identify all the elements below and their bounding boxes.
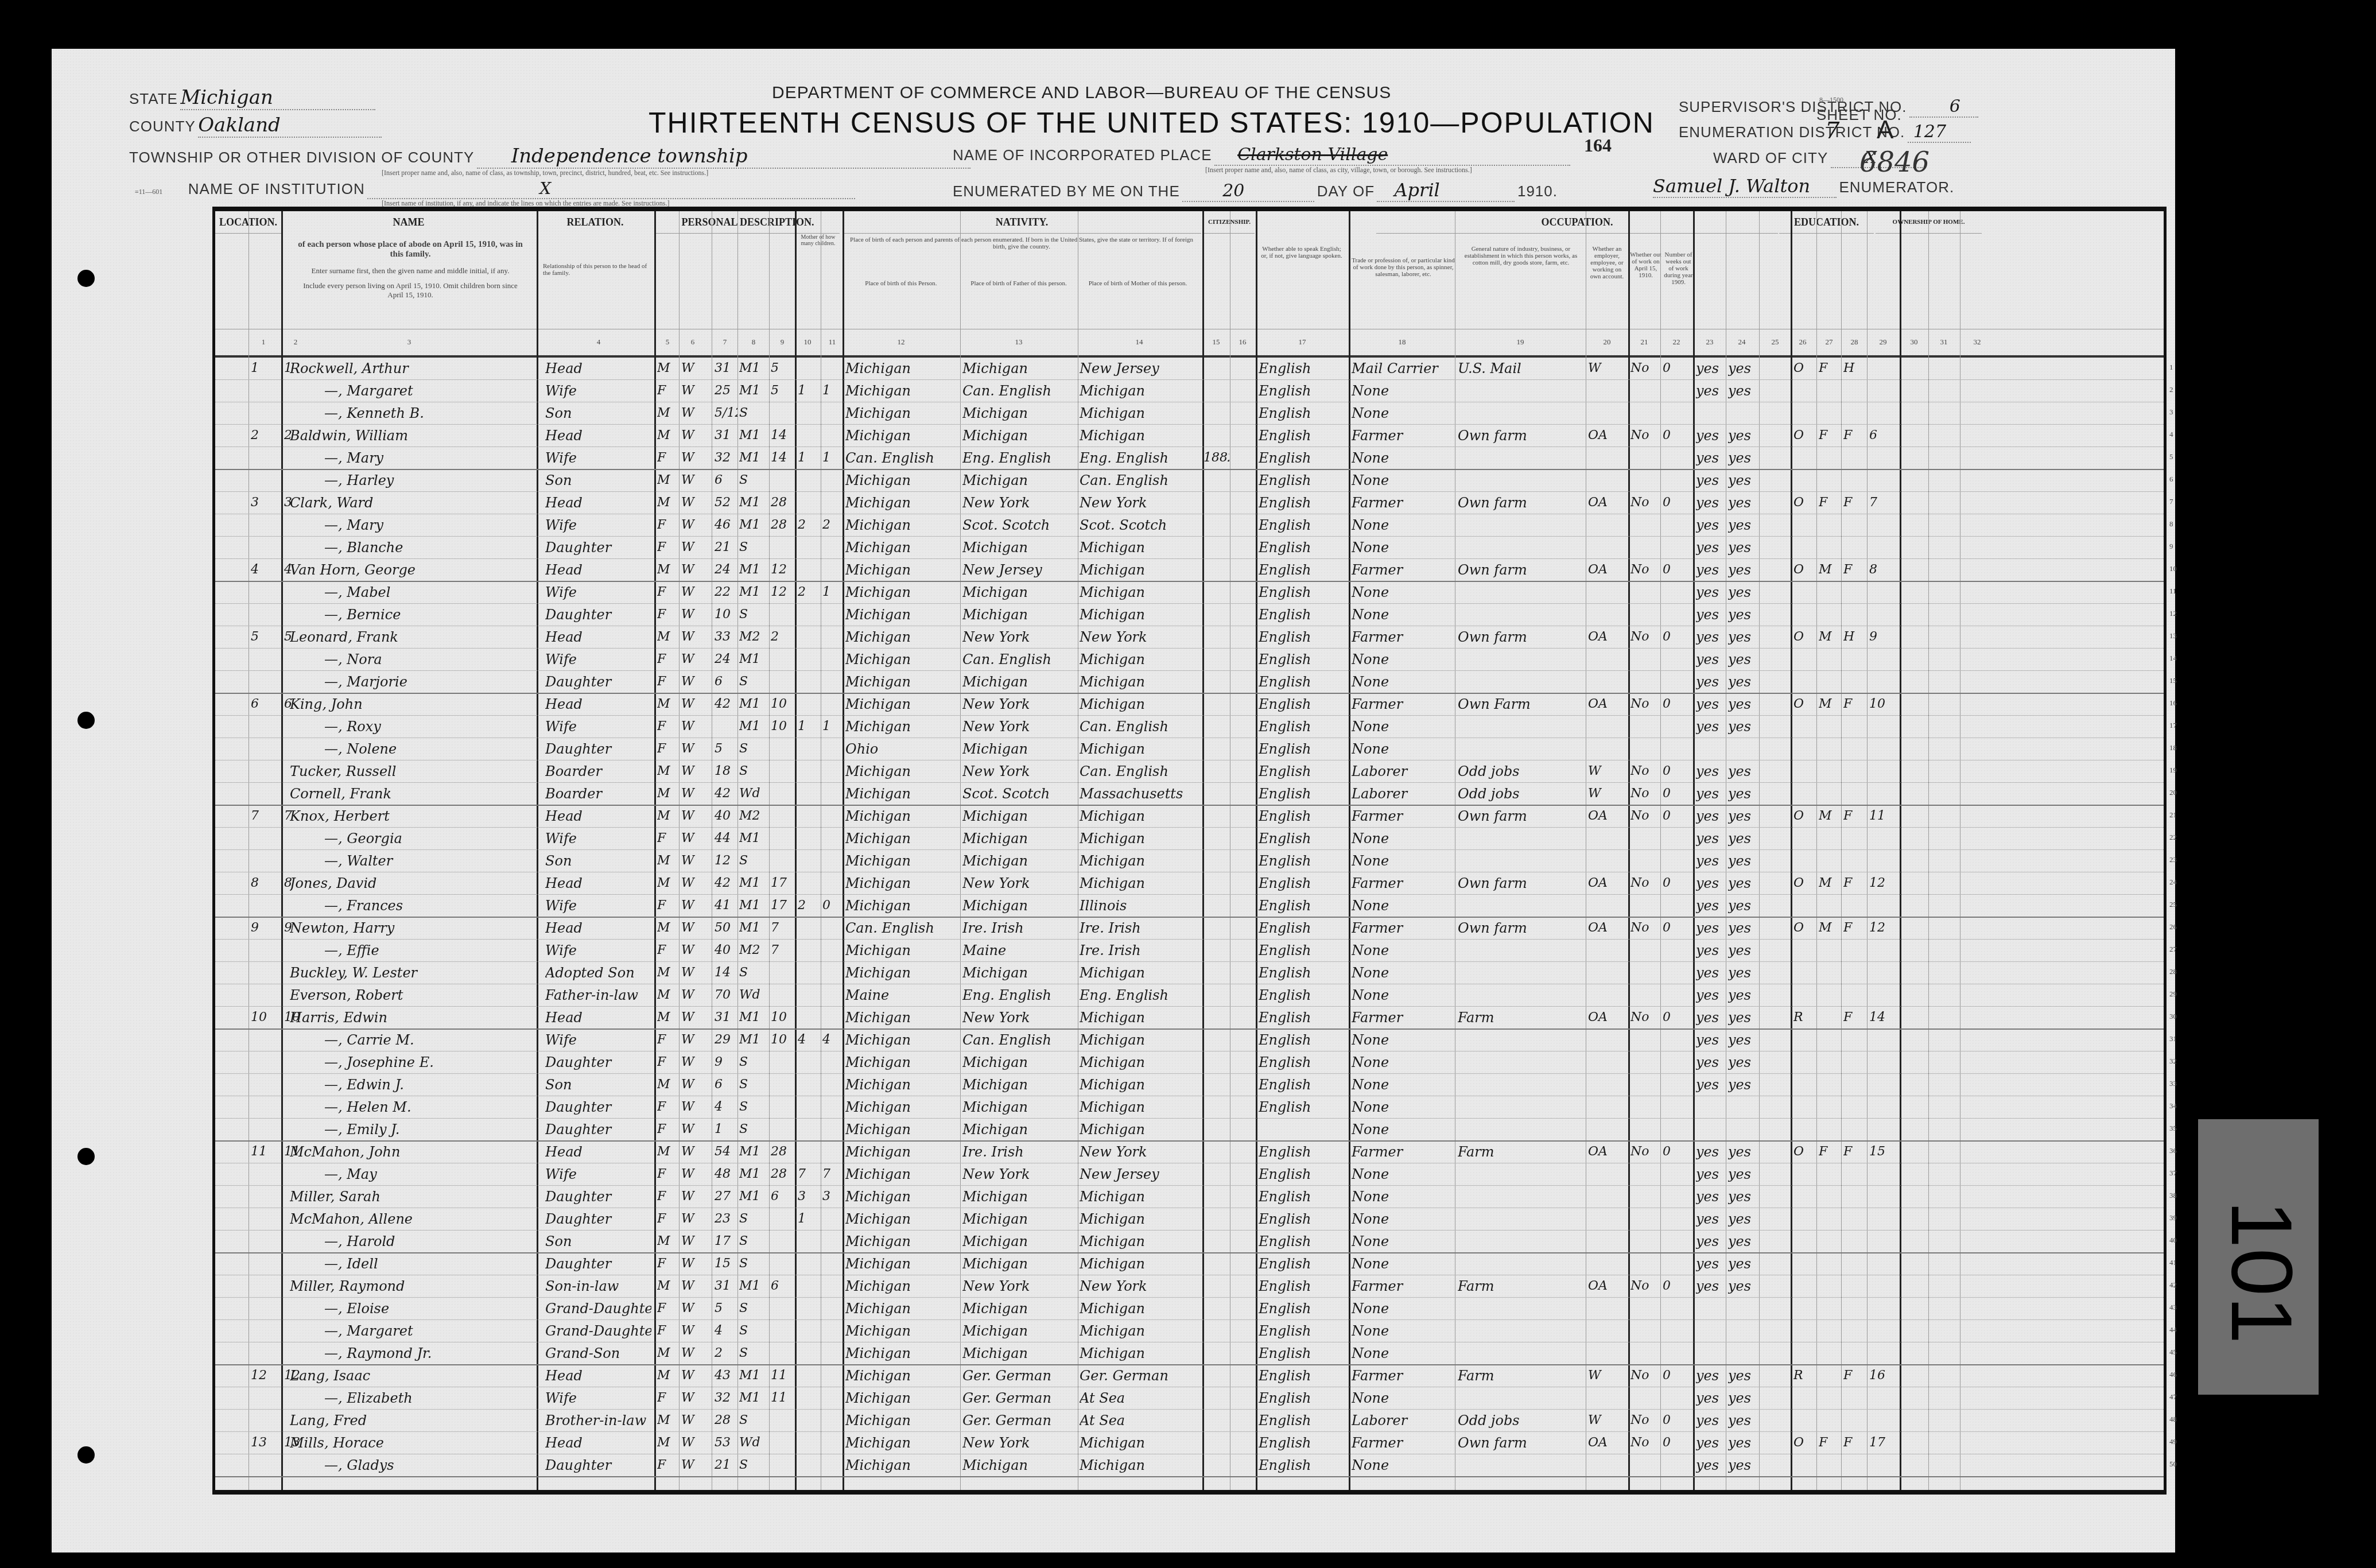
cell-sex: F (657, 828, 678, 849)
cell-read: yes (1696, 985, 1725, 1006)
cell-owned (1793, 1074, 1815, 1095)
cell-sex: M (657, 806, 678, 826)
cell-industry: Own farm (1458, 560, 1584, 580)
cell-name: Van Horn, George (290, 560, 537, 580)
cell-marital: S (739, 851, 768, 871)
cell-free (1819, 1321, 1839, 1341)
cell-write: yes (1728, 1030, 1758, 1050)
cell-marital: Wd (739, 985, 768, 1006)
incorporated-place-value: Clarkston Village (1237, 145, 1388, 165)
table-row: —, MargaretWifeFW25M1511MichiganCan. Eng… (215, 379, 2164, 402)
cell-read: yes (1696, 672, 1725, 692)
cell-sex: F (657, 1321, 678, 1341)
table-row: —, RoxyWifeFWM11011MichiganNew YorkCan. … (215, 715, 2164, 738)
cell-birth: Michigan (845, 1097, 957, 1117)
cell-out: No (1630, 918, 1659, 938)
cell-free (1819, 962, 1839, 983)
cell-age: 12 (715, 851, 737, 871)
cell-write (1728, 1343, 1758, 1364)
cell-years-married: 6 (771, 1186, 794, 1207)
cell-lang: English (1259, 873, 1348, 894)
line-number: 5 (2169, 452, 2173, 461)
cell-years-married: 17 (771, 873, 794, 894)
cell-mother: Massachusetts (1080, 783, 1200, 804)
table-row: —, MarjorieDaughterFW6SMichiganMichiganM… (215, 670, 2164, 694)
cell-born: 1 (798, 716, 818, 737)
cell-living: 4 (822, 1030, 841, 1050)
cell-trade: Farmer (1352, 873, 1454, 894)
cell-sex: F (657, 716, 678, 737)
cell-born (798, 358, 818, 379)
cell-emp (1588, 1097, 1627, 1117)
cell-race: W (681, 358, 704, 379)
cell-owned (1793, 403, 1815, 424)
cell-age: 29 (715, 1030, 737, 1050)
cell-age: 32 (715, 1388, 737, 1408)
cell-emp (1588, 649, 1627, 670)
cell-father: Michigan (962, 962, 1076, 983)
cell-weeks: 0 (1663, 1410, 1691, 1431)
cell-birth: Michigan (845, 604, 957, 625)
cell-farm (1843, 381, 1865, 401)
line-number: 38 (2169, 1191, 2177, 1200)
cell-birth: Michigan (845, 1433, 957, 1453)
cell-years-married (771, 851, 794, 871)
cell-owned (1793, 962, 1815, 983)
cell-name: —, Mary (290, 448, 571, 468)
cell-write (1728, 1298, 1758, 1319)
cell-free (1819, 448, 1839, 468)
cell-weeks (1663, 1030, 1691, 1050)
cell-marital: S (739, 1231, 768, 1252)
cell-industry (1458, 1164, 1584, 1185)
cell-trade: None (1352, 470, 1454, 491)
cell-out (1630, 1231, 1659, 1252)
cell-industry: Own farm (1458, 492, 1584, 513)
cell-mother: New York (1080, 1142, 1200, 1162)
cell-name: —, Elizabeth (290, 1388, 571, 1408)
cell-trade: None (1352, 1164, 1454, 1185)
cell-dwelling (251, 985, 279, 1006)
cell-emp: OA (1588, 492, 1627, 513)
supervisor-district-value: 6 (1950, 96, 1960, 117)
table-row: 1010Harris, EdwinHeadMW31M110MichiganNew… (215, 1006, 2164, 1030)
cell-lang: English (1259, 1365, 1348, 1386)
cell-write (1728, 403, 1758, 424)
cell-lang: English (1259, 895, 1348, 916)
cell-mother: Michigan (1080, 828, 1200, 849)
table-row: —, BlancheDaughterFW21SMichiganMichiganM… (215, 536, 2164, 559)
cell-years-married (771, 985, 794, 1006)
cell-out (1630, 1186, 1659, 1207)
cell-trade: None (1352, 1097, 1454, 1117)
cell-lang: English (1259, 425, 1348, 446)
cell-free (1819, 672, 1839, 692)
cell-read: yes (1696, 851, 1725, 871)
cell-sched: 12 (1869, 918, 1898, 938)
cell-race: W (681, 381, 704, 401)
cell-farm: F (1843, 918, 1865, 938)
cell-dwelling: 6 (251, 694, 279, 715)
cell-sched: 8 (1869, 560, 1898, 580)
cell-born (798, 627, 818, 647)
cell-farm (1843, 470, 1865, 491)
cell-father: Ire. Irish (962, 918, 1076, 938)
cell-name: Newton, Harry (290, 918, 537, 938)
cell-trade: Farmer (1352, 806, 1454, 826)
cell-free (1819, 940, 1839, 961)
cell-weeks (1663, 739, 1691, 759)
cell-trade: Laborer (1352, 783, 1454, 804)
cell-relation: Wife (545, 716, 651, 737)
cell-years-married: 17 (771, 895, 794, 916)
cell-marital: M1 (739, 560, 768, 580)
cell-birth: Michigan (845, 873, 957, 894)
cell-mother: Ire. Irish (1080, 918, 1200, 938)
cell-dwelling (251, 739, 279, 759)
group-nativity: NATIVITY. (843, 211, 1201, 234)
cell-sex: M (657, 1410, 678, 1431)
cell-immig (1203, 761, 1229, 782)
cell-age: 42 (715, 783, 737, 804)
cell-immig (1203, 739, 1229, 759)
cell-free (1819, 403, 1839, 424)
cell-years-married: 7 (771, 940, 794, 961)
cell-immig (1203, 1164, 1229, 1185)
cell-lang: English (1259, 1410, 1348, 1431)
column-number: 27 (1823, 337, 1835, 347)
punch-hole (77, 1148, 95, 1165)
cell-sched (1869, 1231, 1898, 1252)
cell-years-married: 12 (771, 560, 794, 580)
cell-age: 23 (715, 1209, 737, 1229)
cell-free (1819, 1052, 1839, 1073)
cell-father: Scot. Scotch (962, 515, 1076, 535)
cell-marital: S (739, 1119, 768, 1140)
cell-write: yes (1728, 1433, 1758, 1453)
cell-free (1819, 537, 1839, 558)
cell-mother: Michigan (1080, 1231, 1200, 1252)
cell-write: yes (1728, 806, 1758, 826)
cell-years-married: 11 (771, 1365, 794, 1386)
cell-dwelling: 1 (251, 358, 279, 379)
cell-free (1819, 1298, 1839, 1319)
cell-years-married: 7 (771, 918, 794, 938)
cell-living: 0 (822, 895, 841, 916)
cell-emp (1588, 381, 1627, 401)
enumerated-month: April (1394, 179, 1439, 201)
cell-write: yes (1728, 1007, 1758, 1028)
cell-free (1819, 649, 1839, 670)
cell-weeks (1663, 1231, 1691, 1252)
cell-free (1819, 1343, 1839, 1364)
line-number: 18 (2169, 743, 2177, 752)
cell-mother: Scot. Scotch (1080, 515, 1200, 535)
line-number: 42 (2169, 1280, 2177, 1290)
group-citizenship: CITIZENSHIP. (1204, 211, 1255, 234)
cell-out (1630, 1097, 1659, 1117)
table-row: —, MabelWifeFW22M11221MichiganMichiganMi… (215, 581, 2164, 604)
cell-immig (1203, 1209, 1229, 1229)
cell-weeks: 0 (1663, 627, 1691, 647)
cell-birth: Michigan (845, 1298, 957, 1319)
table-row: —, WalterSonMW12SMichiganMichiganMichiga… (215, 849, 2164, 872)
cell-weeks: 0 (1663, 918, 1691, 938)
cell-free: F (1819, 1433, 1839, 1453)
cell-weeks (1663, 1298, 1691, 1319)
township-hint: [Insert proper name and, also, name of c… (382, 169, 970, 177)
cell-free: M (1819, 873, 1839, 894)
table-row: McMahon, AlleneDaughterFW23S1MichiganMic… (215, 1208, 2164, 1231)
cell-living (822, 627, 841, 647)
cell-sched (1869, 1298, 1898, 1319)
cell-dwelling: 12 (251, 1365, 279, 1386)
cell-age: 24 (715, 649, 737, 670)
cell-read: yes (1696, 1052, 1725, 1073)
cell-age: 50 (715, 918, 737, 938)
cell-mother: Michigan (1080, 1298, 1200, 1319)
cell-living (822, 806, 841, 826)
cell-lang: English (1259, 1231, 1348, 1252)
cell-race: W (681, 1298, 704, 1319)
column-number: 30 (1908, 337, 1920, 347)
cell-years-married: 28 (771, 1164, 794, 1185)
cell-living (822, 1119, 841, 1140)
cell-relation: Wife (545, 895, 651, 916)
cell-sex: F (657, 1052, 678, 1073)
cell-living (822, 1455, 841, 1476)
cell-trade: None (1352, 1343, 1454, 1364)
cell-read: yes (1696, 716, 1725, 737)
cell-write: yes (1728, 783, 1758, 804)
cell-years-married: 10 (771, 716, 794, 737)
cell-born (798, 1119, 818, 1140)
cell-sex: M (657, 1433, 678, 1453)
nativity-header: Place of birth of each person and parent… (844, 236, 1199, 259)
cell-sex: M (657, 694, 678, 715)
cell-emp (1588, 828, 1627, 849)
cell-father: New York (962, 694, 1076, 715)
cell-born (798, 1455, 818, 1476)
cell-relation: Daughter (545, 1253, 651, 1274)
cell-age: 6 (715, 470, 737, 491)
cell-birth: Can. English (845, 918, 957, 938)
column-number: 24 (1736, 337, 1748, 347)
cell-father: New York (962, 1276, 1076, 1297)
cell-living (822, 560, 841, 580)
cell-owned (1793, 851, 1815, 871)
cell-father: Michigan (962, 582, 1076, 603)
cell-living (822, 1433, 841, 1453)
cell-dwelling (251, 1321, 279, 1341)
cell-father: Michigan (962, 851, 1076, 871)
cell-born (798, 962, 818, 983)
cell-birth: Michigan (845, 1343, 957, 1364)
table-row: —, EffieWifeFW40M27MichiganMaineIre. Iri… (215, 939, 2164, 962)
cell-born (798, 425, 818, 446)
cell-emp (1588, 672, 1627, 692)
cell-mother: Michigan (1080, 1007, 1200, 1028)
table-row: —, NoraWifeFW24M1MichiganCan. EnglishMic… (215, 648, 2164, 671)
cell-trade: Farmer (1352, 560, 1454, 580)
cell-sched (1869, 1209, 1898, 1229)
cell-dwelling (251, 582, 279, 603)
table-row: Miller, SarahDaughterFW27M1633MichiganMi… (215, 1185, 2164, 1208)
cell-sex: F (657, 582, 678, 603)
cell-born (798, 1276, 818, 1297)
line-number: 34 (2169, 1101, 2177, 1111)
cell-read (1696, 403, 1725, 424)
cell-race: W (681, 851, 704, 871)
cell-out: No (1630, 492, 1659, 513)
cell-industry (1458, 1074, 1584, 1095)
cell-sched (1869, 940, 1898, 961)
cell-father: Michigan (962, 1186, 1076, 1207)
cell-age: 27 (715, 1186, 737, 1207)
cell-years-married: 28 (771, 515, 794, 535)
cell-immig (1203, 1186, 1229, 1207)
cell-living: 1 (822, 448, 841, 468)
cell-dwelling: 8 (251, 873, 279, 894)
cell-living (822, 694, 841, 715)
cell-years-married (771, 1253, 794, 1274)
cell-mother: Michigan (1080, 1074, 1200, 1095)
cell-born (798, 537, 818, 558)
cell-age: 9 (715, 1052, 737, 1073)
cell-dwelling (251, 403, 279, 424)
cell-sched (1869, 381, 1898, 401)
cell-living (822, 985, 841, 1006)
cell-years-married: 5 (771, 358, 794, 379)
incorporated-place-field: NAME OF INCORPORATED PLACE Clarkston Vil… (953, 145, 1570, 174)
cell-dwelling (251, 761, 279, 782)
cell-emp (1588, 1388, 1627, 1408)
table-row: —, Josephine E.DaughterFW9SMichiganMichi… (215, 1051, 2164, 1074)
cell-relation: Head (545, 694, 651, 715)
cell-living (822, 1343, 841, 1364)
cell-free: F (1819, 1142, 1839, 1162)
cell-weeks: 0 (1663, 492, 1691, 513)
cell-father: Michigan (962, 403, 1076, 424)
cell-industry (1458, 1186, 1584, 1207)
cell-age: 31 (715, 1276, 737, 1297)
cell-marital: M1 (739, 1030, 768, 1050)
cell-write: yes (1728, 716, 1758, 737)
cell-father: Maine (962, 940, 1076, 961)
cell-years-married (771, 1433, 794, 1453)
cell-mother: Michigan (1080, 1343, 1200, 1364)
cell-father: Michigan (962, 1231, 1076, 1252)
cell-living: 2 (822, 515, 841, 535)
cell-lang: English (1259, 1186, 1348, 1207)
column-number: 26 (1797, 337, 1808, 347)
cell-sex: M (657, 962, 678, 983)
cell-mother: Michigan (1080, 604, 1200, 625)
cell-emp (1588, 1321, 1627, 1341)
cell-out: No (1630, 806, 1659, 826)
cell-name: —, Nora (290, 649, 571, 670)
cell-trade: None (1352, 940, 1454, 961)
cell-owned: O (1793, 492, 1815, 513)
cell-birth: Michigan (845, 425, 957, 446)
cell-birth: Michigan (845, 1142, 957, 1162)
cell-name: —, Raymond Jr. (290, 1343, 571, 1364)
cell-industry: Farm (1458, 1007, 1584, 1028)
cell-mother: At Sea (1080, 1388, 1200, 1408)
cell-birth: Michigan (845, 962, 957, 983)
cell-born (798, 828, 818, 849)
cell-relation: Boarder (545, 783, 651, 804)
cell-out: No (1630, 1410, 1659, 1431)
cell-age: 4 (715, 1097, 737, 1117)
cell-lang: English (1259, 694, 1348, 715)
cell-read: yes (1696, 783, 1725, 804)
cell-trade: None (1352, 716, 1454, 737)
cell-farm: F (1843, 425, 1865, 446)
cell-born: 2 (798, 582, 818, 603)
line-number: 13 (2169, 631, 2177, 641)
cell-lang: English (1259, 1052, 1348, 1073)
cell-age: 33 (715, 627, 737, 647)
cell-sex: F (657, 537, 678, 558)
cell-years-married (771, 1231, 794, 1252)
cell-living (822, 1074, 841, 1095)
cell-born: 2 (798, 895, 818, 916)
cell-emp (1588, 1231, 1627, 1252)
cell-write (1728, 739, 1758, 759)
cell-owned (1793, 940, 1815, 961)
cell-birth: Michigan (845, 716, 957, 737)
cell-owned (1793, 1030, 1815, 1050)
table-row: 88Jones, DavidHeadMW42M117MichiganNew Yo… (215, 872, 2164, 895)
cell-years-married: 6 (771, 1276, 794, 1297)
cell-father: Can. English (962, 381, 1076, 401)
cell-living (822, 828, 841, 849)
cell-write: yes (1728, 1231, 1758, 1252)
stamp-number: 6846 (1859, 146, 1929, 178)
cell-age: 31 (715, 425, 737, 446)
cell-free (1819, 895, 1839, 916)
cell-farm: F (1843, 806, 1865, 826)
cell-immig (1203, 1410, 1229, 1431)
cell-name: —, Harold (290, 1231, 571, 1252)
cell-relation: Head (545, 560, 651, 580)
cell-emp: W (1588, 1410, 1627, 1431)
cell-race: W (681, 1410, 704, 1431)
cell-immig (1203, 1253, 1229, 1274)
cell-lang: English (1259, 761, 1348, 782)
cell-industry (1458, 604, 1584, 625)
cell-industry (1458, 1321, 1584, 1341)
cell-born: 1 (798, 381, 818, 401)
cell-trade: Farmer (1352, 1276, 1454, 1297)
cell-race: W (681, 1007, 704, 1028)
cell-write: yes (1728, 1142, 1758, 1162)
cell-read: yes (1696, 873, 1725, 894)
cell-write: yes (1728, 627, 1758, 647)
cell-free (1819, 1074, 1839, 1095)
cell-living (822, 1209, 841, 1229)
cell-age: 43 (715, 1365, 737, 1386)
punch-hole (77, 270, 95, 287)
cell-read: yes (1696, 828, 1725, 849)
cell-trade: None (1352, 515, 1454, 535)
cell-trade: None (1352, 381, 1454, 401)
cell-race: W (681, 627, 704, 647)
cell-years-married: 10 (771, 1007, 794, 1028)
cell-free: F (1819, 358, 1839, 379)
cell-sex: M (657, 761, 678, 782)
